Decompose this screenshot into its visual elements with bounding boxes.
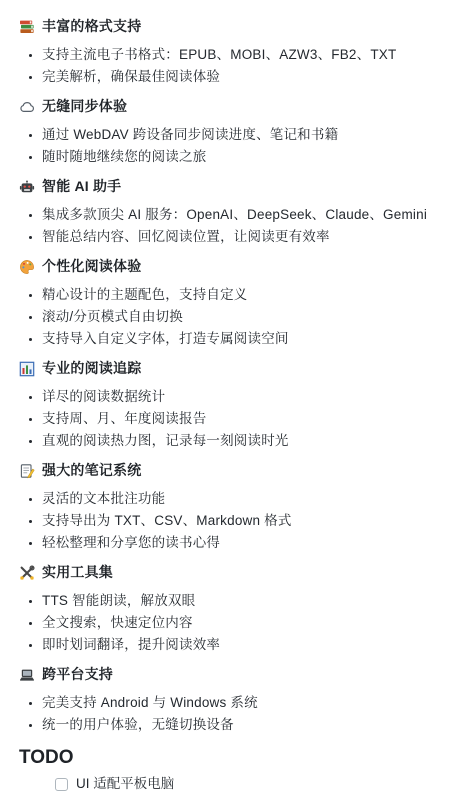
todo-list: UI 适配平板电脑 xyxy=(19,773,438,795)
feature-bullet: 详尽的阅读数据统计 xyxy=(42,387,438,407)
feature-bullet: 支持周、月、年度阅读报告 xyxy=(42,409,438,429)
feature-bullet: 直观的阅读热力图，记录每一刻阅读时光 xyxy=(42,431,438,451)
books-icon xyxy=(19,19,35,35)
robot-icon xyxy=(19,179,35,195)
feature-bullet: 支持导入自定义字体，打造专属阅读空间 xyxy=(42,329,438,349)
feature-bullet: 精心设计的主题配色，支持自定义 xyxy=(42,285,438,305)
todo-item-label: UI 适配平板电脑 xyxy=(76,773,174,795)
feature-sections: 丰富的格式支持支持主流电子书格式：EPUB、MOBI、AZW3、FB2、TXT完… xyxy=(19,16,438,735)
feature-list: 详尽的阅读数据统计支持周、月、年度阅读报告直观的阅读热力图，记录每一刻阅读时光 xyxy=(19,387,438,451)
feature-bullet: 完美支持 Android 与 Windows 系统 xyxy=(42,693,438,713)
todo-heading: TODO xyxy=(19,744,438,771)
feature-bullet: 完美解析，确保最佳阅读体验 xyxy=(42,67,438,87)
memo-icon xyxy=(19,463,35,479)
feature-list: 灵活的文本批注功能支持导出为 TXT、CSV、Markdown 格式轻松整理和分… xyxy=(19,489,438,553)
feature-section: 跨平台支持完美支持 Android 与 Windows 系统统一的用户体验，无缝… xyxy=(19,664,438,735)
feature-heading: 专业的阅读追踪 xyxy=(19,358,438,379)
feature-list: 通过 WebDAV 跨设备同步阅读进度、笔记和书籍随时随地继续您的阅读之旅 xyxy=(19,125,438,167)
feature-heading: 智能 AI 助手 xyxy=(19,176,438,197)
feature-list: 完美支持 Android 与 Windows 系统统一的用户体验，无缝切换设备 xyxy=(19,693,438,735)
feature-section: 个性化阅读体验精心设计的主题配色，支持自定义滚动/分页模式自由切换支持导入自定义… xyxy=(19,256,438,349)
feature-list: 支持主流电子书格式：EPUB、MOBI、AZW3、FB2、TXT完美解析，确保最… xyxy=(19,45,438,87)
feature-heading-label: 专业的阅读追踪 xyxy=(42,358,141,379)
feature-heading-label: 跨平台支持 xyxy=(42,664,113,685)
feature-bullet: 即时划词翻译，提升阅读效率 xyxy=(42,635,438,655)
feature-bullet: 轻松整理和分享您的读书心得 xyxy=(42,533,438,553)
feature-bullet: 支持导出为 TXT、CSV、Markdown 格式 xyxy=(42,511,438,531)
feature-heading-label: 实用工具集 xyxy=(42,562,113,583)
feature-section: 实用工具集TTS 智能朗读，解放双眼全文搜索，快速定位内容即时划词翻译，提升阅读… xyxy=(19,562,438,655)
feature-heading: 实用工具集 xyxy=(19,562,438,583)
feature-heading-label: 智能 AI 助手 xyxy=(42,176,121,197)
feature-bullet: 智能总结内容、回忆阅读位置，让阅读更有效率 xyxy=(42,227,438,247)
feature-section: 丰富的格式支持支持主流电子书格式：EPUB、MOBI、AZW3、FB2、TXT完… xyxy=(19,16,438,87)
laptop-icon xyxy=(19,667,35,683)
todo-checkbox[interactable] xyxy=(55,778,68,791)
cloud-icon xyxy=(19,99,35,115)
palette-icon xyxy=(19,259,35,275)
feature-heading-label: 丰富的格式支持 xyxy=(42,16,141,37)
feature-heading-label: 无缝同步体验 xyxy=(42,96,127,117)
feature-heading: 个性化阅读体验 xyxy=(19,256,438,277)
feature-section: 智能 AI 助手集成多款顶尖 AI 服务：OpenAI、DeepSeek、Cla… xyxy=(19,176,438,247)
feature-section: 专业的阅读追踪详尽的阅读数据统计支持周、月、年度阅读报告直观的阅读热力图，记录每… xyxy=(19,358,438,451)
feature-bullet: 支持主流电子书格式：EPUB、MOBI、AZW3、FB2、TXT xyxy=(42,45,438,65)
feature-heading-label: 强大的笔记系统 xyxy=(42,460,141,481)
feature-list: 精心设计的主题配色，支持自定义滚动/分页模式自由切换支持导入自定义字体，打造专属… xyxy=(19,285,438,349)
feature-heading-label: 个性化阅读体验 xyxy=(42,256,141,277)
feature-bullet: 随时随地继续您的阅读之旅 xyxy=(42,147,438,167)
feature-bullet: 全文搜索，快速定位内容 xyxy=(42,613,438,633)
feature-bullet: TTS 智能朗读，解放双眼 xyxy=(42,591,438,611)
feature-bullet: 灵活的文本批注功能 xyxy=(42,489,438,509)
todo-item: UI 适配平板电脑 xyxy=(42,773,438,795)
readme-content: 丰富的格式支持支持主流电子书格式：EPUB、MOBI、AZW3、FB2、TXT完… xyxy=(0,0,454,795)
feature-heading: 跨平台支持 xyxy=(19,664,438,685)
feature-bullet: 集成多款顶尖 AI 服务：OpenAI、DeepSeek、Claude、Gemi… xyxy=(42,205,438,225)
feature-bullet: 通过 WebDAV 跨设备同步阅读进度、笔记和书籍 xyxy=(42,125,438,145)
feature-list: 集成多款顶尖 AI 服务：OpenAI、DeepSeek、Claude、Gemi… xyxy=(19,205,438,247)
feature-section: 强大的笔记系统灵活的文本批注功能支持导出为 TXT、CSV、Markdown 格… xyxy=(19,460,438,553)
feature-bullet: 滚动/分页模式自由切换 xyxy=(42,307,438,327)
feature-list: TTS 智能朗读，解放双眼全文搜索，快速定位内容即时划词翻译，提升阅读效率 xyxy=(19,591,438,655)
bar-chart-icon xyxy=(19,361,35,377)
feature-heading: 强大的笔记系统 xyxy=(19,460,438,481)
feature-heading: 无缝同步体验 xyxy=(19,96,438,117)
tools-icon xyxy=(19,565,35,581)
feature-bullet: 统一的用户体验，无缝切换设备 xyxy=(42,715,438,735)
feature-heading: 丰富的格式支持 xyxy=(19,16,438,37)
feature-section: 无缝同步体验通过 WebDAV 跨设备同步阅读进度、笔记和书籍随时随地继续您的阅… xyxy=(19,96,438,167)
